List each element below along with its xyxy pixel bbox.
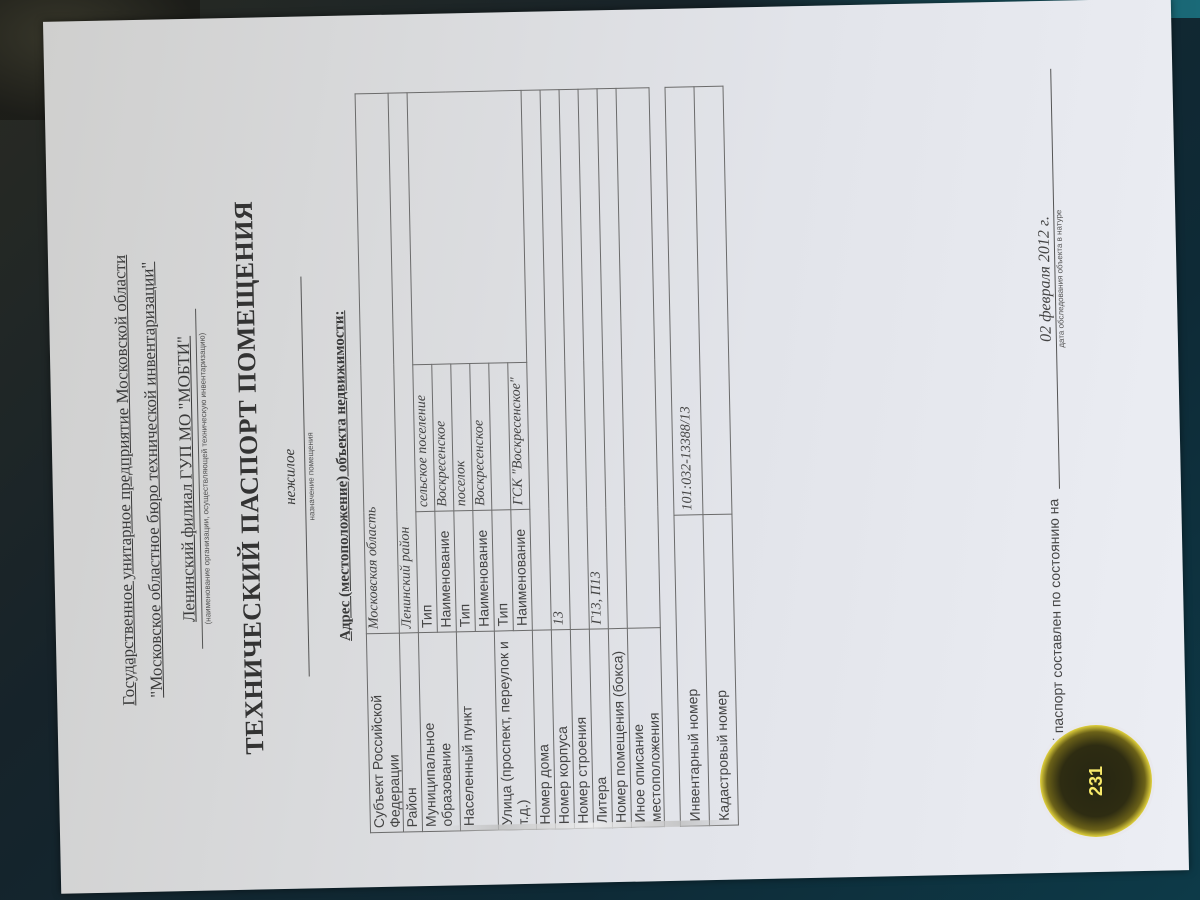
sub-label: Тип: [454, 511, 476, 632]
purpose-note: назначение помещения: [300, 276, 319, 676]
seal-number: 231: [1040, 725, 1152, 837]
address-table: Субъект Российской Федерации Московская …: [355, 87, 665, 833]
sub-label: Тип: [492, 510, 514, 631]
gold-seal-sticker: 231: [1040, 725, 1152, 837]
document-sheet: Государственное унитарное предприятие Мо…: [43, 0, 1189, 894]
row-label: Муниципальное образование: [418, 632, 460, 832]
row-label: Населенный пункт: [456, 631, 498, 831]
document-page: Государственное унитарное предприятие Мо…: [63, 8, 1180, 861]
row-label: Кадастровый номер: [703, 514, 739, 826]
sub-label: Наименование: [435, 511, 457, 632]
row-label: Улица (проспект, переулок и т.д.): [494, 630, 536, 830]
passport-state: Технический паспорт составлен по состоян…: [1035, 19, 1068, 819]
document-title: ТЕХНИЧЕСКИЙ ПАСПОРТ ПОМЕЩЕНИЯ: [227, 97, 273, 857]
purpose-value: нежилое: [278, 277, 303, 677]
sub-label: Тип: [416, 511, 438, 632]
address-heading: Адрес (местоположение) объекта недвижимо…: [327, 96, 360, 856]
row-label: Иное описание местоположения: [627, 628, 664, 828]
identifiers-table: Инвентарный номер 101:032-13388/13 Кадас…: [664, 86, 738, 827]
empty-cell: [407, 90, 527, 364]
sub-label: Наименование: [511, 509, 533, 630]
state-date-block: 02 февраля 2012 г. дата обследования объ…: [1032, 69, 1069, 489]
sub-label: Наименование: [473, 510, 495, 631]
row-label: Субъект Российской Федерации: [366, 633, 403, 833]
